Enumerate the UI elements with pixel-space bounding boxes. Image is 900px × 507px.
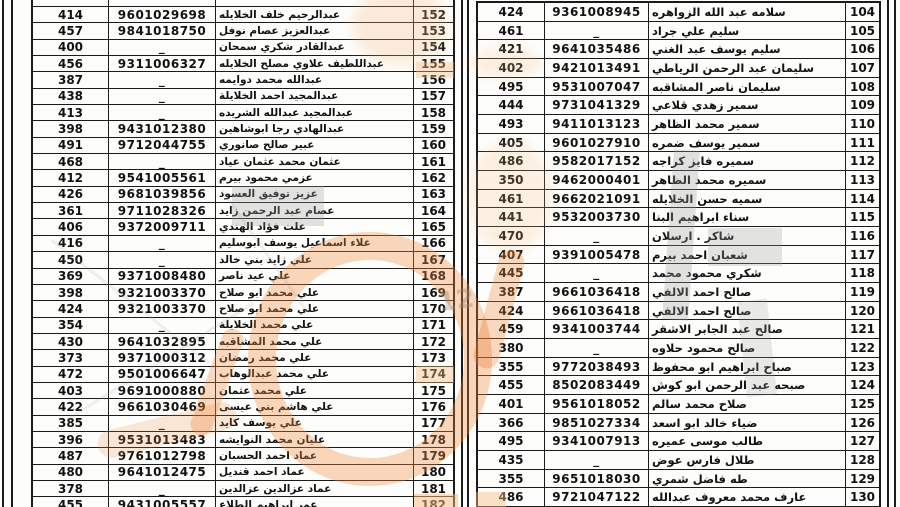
name-cell: صلاح محمد سالم	[648, 395, 845, 413]
name-cell: علي محمد الخلايلة	[215, 318, 413, 333]
national-id-cell: 9371008480	[108, 269, 215, 284]
score-cell: 406	[33, 219, 108, 234]
score-cell: 387	[33, 72, 108, 87]
results-page: 4149601029698عبدالرحيم خلف الخلايله15245…	[0, 0, 900, 507]
name-cell: علي يوسف كايد	[215, 416, 413, 431]
national-id-cell: _	[108, 154, 215, 169]
table-row: 4919712044755عبير صالح صانوري160	[33, 138, 453, 154]
serial-number-cell: 115	[845, 208, 879, 226]
serial-number-cell: 126	[845, 414, 879, 432]
national-id-cell: 9531013483	[108, 432, 215, 447]
name-cell: سليمان ناصر المشاقبه	[648, 78, 845, 96]
table-row: 4729501006647علي محمد عبدالوهاب174	[33, 367, 453, 383]
score-cell: 396	[33, 432, 108, 447]
serial-number-cell: 104	[845, 3, 879, 21]
name-cell: سناء ابراهيم البنا	[648, 208, 845, 226]
name-cell: عثمان محمد عثمان عياد	[215, 154, 413, 169]
score-cell: 493	[478, 115, 544, 133]
national-id-cell: 9501006647	[108, 367, 215, 382]
table-row	[33, 0, 453, 7]
score-cell: 361	[33, 203, 108, 218]
name-cell: شعبان احمد بيرم	[648, 246, 845, 264]
table-row: 4269681039856عزيز توفيق العسود163	[33, 187, 453, 203]
serial-number-cell: 129	[845, 470, 879, 488]
table-row: 4249661036418صالح احمد الالفي120	[478, 302, 879, 321]
name-cell: علي محمد ابو صلاح	[215, 285, 413, 300]
name-cell: علي محمد رمضان	[215, 350, 413, 365]
score-cell: 412	[33, 170, 108, 185]
score-cell: 369	[33, 269, 108, 284]
national-id-cell: 9851027334	[544, 414, 648, 432]
serial-number-cell: 106	[845, 40, 879, 58]
serial-number-cell: 173	[413, 350, 453, 365]
page-edge-line	[887, 0, 889, 507]
table-row: 4149601029698عبدالرحيم خلف الخلايله152	[33, 7, 453, 23]
national-id-cell: 9661036418	[544, 283, 648, 301]
table-row: 4559431005557عمر ابراهيم الطلاع182	[33, 497, 453, 507]
national-id-cell: 9582017152	[544, 152, 648, 170]
national-id-cell: 9761012798	[108, 448, 215, 463]
serial-number-cell: 159	[413, 121, 453, 136]
serial-number-cell: 119	[845, 283, 879, 301]
serial-number-cell: 110	[845, 115, 879, 133]
national-id-cell: _	[108, 105, 215, 120]
national-id-cell: 9561018052	[544, 395, 648, 413]
name-cell: سليم يوسف عبد الغني	[648, 40, 845, 58]
national-id-cell: 9541005561	[108, 170, 215, 185]
score-cell: 456	[33, 56, 108, 71]
name-cell: علي محمد المشاقبه	[215, 334, 413, 349]
national-id-cell: _	[544, 22, 648, 40]
national-id-cell: 9531007047	[544, 78, 648, 96]
score-cell: 398	[33, 285, 108, 300]
table-row: 3989431012380عبدالهادي رجا ابوشاهين159	[33, 121, 453, 137]
table-row: 4309641032895علي محمد المشاقبه172	[33, 334, 453, 350]
table-row: 416_علاء اسماعيل يوسف ابوسليم166	[33, 236, 453, 252]
national-id-cell: 9361008945	[544, 3, 648, 21]
national-id-cell: 9641012475	[108, 465, 215, 480]
national-id-cell: _	[544, 227, 648, 245]
score-cell: 421	[478, 40, 544, 58]
name-cell: عبدالمجيد احمد الخلايلة	[215, 89, 413, 104]
score-cell: 355	[478, 358, 544, 376]
serial-number-cell: 121	[845, 320, 879, 338]
serial-number-cell: 168	[413, 269, 453, 284]
serial-number-cell: 153	[413, 23, 453, 38]
serial-number-cell: 155	[413, 56, 453, 71]
serial-number-cell: 130	[845, 488, 879, 506]
national-id-cell: 9661030469	[108, 399, 215, 414]
score-cell: 486	[478, 488, 544, 506]
score-cell: 459	[478, 320, 544, 338]
table-row: 4029421013491سليمان عبد الرحمن الرياطي10…	[478, 59, 879, 78]
national-id-cell: 9371000312	[108, 350, 215, 365]
name-cell: عماد احمد الحسبان	[215, 448, 413, 463]
name-cell: صالح محمود حلاوه	[648, 339, 845, 357]
score-cell: 413	[33, 105, 108, 120]
score-cell: 424	[478, 302, 544, 320]
national-id-cell: 9681039856	[108, 187, 215, 202]
serial-number-cell: 169	[413, 285, 453, 300]
national-id-cell: _	[108, 89, 215, 104]
score-cell: 426	[33, 187, 108, 202]
score-cell: 480	[33, 465, 108, 480]
serial-number-cell: 158	[413, 105, 453, 120]
serial-number-cell: 182	[413, 497, 453, 507]
score-cell: 416	[33, 236, 108, 251]
score-cell: 468	[33, 154, 108, 169]
table-row: 4019561018052صلاح محمد سالم125	[478, 395, 879, 414]
serial-number-cell: 161	[413, 154, 453, 169]
national-id-cell: 9601027910	[544, 134, 648, 152]
national-id-cell: 9321003370	[108, 301, 215, 316]
table-row: 3879661036418صالح احمد الالفي119	[478, 283, 879, 302]
score-cell: 495	[478, 432, 544, 450]
table-row: 4809641012475عماد احمد قنديل180	[33, 465, 453, 481]
name-cell: صالح احمد الالفي	[648, 283, 845, 301]
name-cell: سمير يوسف ضمره	[648, 134, 845, 152]
serial-number-cell: 162	[413, 170, 453, 185]
score-cell: 461	[478, 190, 544, 208]
name-cell: سلامه عبد الله الزواهره	[648, 3, 845, 21]
table-row: 4219641035486سليم يوسف عبد الغني106	[478, 40, 879, 59]
name-cell: علي محمد ابو صلاح	[215, 301, 413, 316]
name-cell: عماد احمد قنديل	[215, 465, 413, 480]
name-cell: عبداللطيف علاوي مصلح الخلايله	[215, 56, 413, 71]
name-cell: عبدالعزيز عصام نوفل	[215, 23, 413, 38]
national-id-cell: 9431012380	[108, 121, 215, 136]
table-row: 470_شاكر . ارسلان116	[478, 227, 879, 246]
name-cell: شكري محمود محمد	[648, 264, 845, 282]
name-cell: علي عيد ناصر	[215, 269, 413, 284]
serial-number-cell: 181	[413, 481, 453, 496]
score-cell: 414	[33, 7, 108, 22]
serial-number-cell: 176	[413, 399, 453, 414]
serial-number-cell: 160	[413, 138, 453, 153]
score-cell: 424	[33, 301, 108, 316]
name-cell: صالح عبد الجابر الاشقر	[648, 320, 845, 338]
serial-number-cell: 165	[413, 219, 453, 234]
name-cell: عليان محمد النوايشه	[215, 432, 413, 447]
score-cell: 403	[33, 383, 108, 398]
table-row: 413_عبدالمجيد عبدالله الشريده158	[33, 105, 453, 121]
name-cell: عزمي محمود بيرم	[215, 170, 413, 185]
serial-number-cell: 122	[845, 339, 879, 357]
table-row: 4249361008945سلامه عبد الله الزواهره104	[478, 3, 879, 22]
serial-number-cell: 172	[413, 334, 453, 349]
table-row: 400_عبدالقادر شكري سمحان154	[33, 40, 453, 56]
score-cell: 472	[33, 367, 108, 382]
score-cell: 424	[478, 3, 544, 21]
national-id-cell: _	[544, 339, 648, 357]
serial-number-cell: 170	[413, 301, 453, 316]
table-row: 3669851027334ضياء خالد ابو اسعد126	[478, 414, 879, 433]
national-id-cell: _	[544, 264, 648, 282]
score-cell: 495	[478, 78, 544, 96]
serial-number-cell: 108	[845, 78, 879, 96]
national-id-cell: 8502083449	[544, 376, 648, 394]
serial-number-cell: 113	[845, 171, 879, 189]
serial-number-cell: 174	[413, 367, 453, 382]
name-cell: سميره فايز كراجه	[648, 152, 845, 170]
name-cell: طه فاضل شمري	[648, 470, 845, 488]
score-cell: 402	[478, 59, 544, 77]
serial-number-cell: 152	[413, 7, 453, 22]
table-row: 378_عماد عزالدين عزالدين181	[33, 481, 453, 497]
name-cell: علي محمد عثمان	[215, 383, 413, 398]
name-cell: عبدالمجيد عبدالله الشريده	[215, 105, 413, 120]
national-id-cell: 9311006327	[108, 56, 215, 71]
serial-number-cell: 117	[845, 246, 879, 264]
name-cell: شاكر . ارسلان	[648, 227, 845, 245]
name-cell: طلال فارس عوض	[648, 451, 845, 469]
score-cell: 385	[33, 416, 108, 431]
table-row: 4249321003370علي محمد ابو صلاح170	[33, 301, 453, 317]
name-cell: ضياء خالد ابو اسعد	[648, 414, 845, 432]
serial-number-cell: 175	[413, 383, 453, 398]
serial-number-cell: 163	[413, 187, 453, 202]
name-cell: صباح ابراهيم ابو محفوظ	[648, 358, 845, 376]
table-row: 461_سليم علي جراد105	[478, 22, 879, 41]
name-cell: عبدالرحيم خلف الخلايله	[215, 7, 413, 22]
name-cell: طالب موسى عميره	[648, 432, 845, 450]
national-id-cell: 9641032895	[108, 334, 215, 349]
table-row: 4059601027910سمير يوسف ضمره111	[478, 134, 879, 153]
serial-number-cell: 109	[845, 96, 879, 114]
national-id-cell: 9841018750	[108, 23, 215, 38]
national-id-cell: 9712044755	[108, 138, 215, 153]
table-row: 4449731041329سمير زهدي قلاعي109	[478, 96, 879, 115]
table-row: 3559772038493صباح ابراهيم ابو محفوظ123	[478, 358, 879, 377]
table-row: 4039691000880علي محمد عثمان175	[33, 383, 453, 399]
table-row: 3699371008480علي عيد ناصر168	[33, 269, 453, 285]
serial-number-cell: 156	[413, 72, 453, 87]
name-cell: عزيز توفيق العسود	[215, 187, 413, 202]
national-id-cell: 9321003370	[108, 285, 215, 300]
name-cell: صبحه عبد الرحمن ابو كوش	[648, 376, 845, 394]
national-id-cell: 9721047122	[544, 488, 648, 506]
national-id-cell: 9641035486	[544, 40, 648, 58]
table-row: 4129541005561عزمي محمود بيرم162	[33, 170, 453, 186]
serial-number-cell: 123	[845, 358, 879, 376]
name-cell: سمير محمد الظاهر	[648, 115, 845, 133]
table-row: 4599341003744صالح عبد الجابر الاشقر121	[478, 320, 879, 339]
results-table-left: 4149601029698عبدالرحيم خلف الخلايله15245…	[31, 0, 455, 507]
score-cell: 407	[478, 246, 544, 264]
serial-number-cell: 128	[845, 451, 879, 469]
serial-number-cell: 157	[413, 89, 453, 104]
national-id-cell: 9661036418	[544, 302, 648, 320]
national-id-cell: _	[108, 481, 215, 496]
serial-number-cell: 124	[845, 376, 879, 394]
national-id-cell: _	[108, 40, 215, 55]
name-cell: صالح احمد الالفي	[648, 302, 845, 320]
table-row: 3989321003370علي محمد ابو صلاح169	[33, 285, 453, 301]
score-cell: 457	[33, 23, 108, 38]
page-edge-line	[2, 0, 4, 507]
score-cell: 378	[33, 481, 108, 496]
name-cell: علاء اسماعيل يوسف ابوسليم	[215, 236, 413, 251]
page-edge-line	[11, 0, 13, 507]
name-cell	[215, 0, 413, 6]
table-row: 4229661030469علي هاشم بني عيسى176	[33, 399, 453, 415]
table-row: 4579841018750عبدالعزيز عصام نوفل153	[33, 23, 453, 39]
score-cell: 491	[33, 138, 108, 153]
national-id-cell: 9431005557	[108, 497, 215, 507]
table-row: 4419532003730سناء ابراهيم البنا115	[478, 208, 879, 227]
table-row: 4869582017152سميره فايز كراجه112	[478, 152, 879, 171]
national-id-cell: 9601029698	[108, 7, 215, 22]
serial-number-cell: 171	[413, 318, 453, 333]
national-id-cell	[108, 0, 215, 6]
name-cell: عبدالهادي رجا ابوشاهين	[215, 121, 413, 136]
serial-number-cell: 167	[413, 252, 453, 267]
score-cell: 355	[478, 470, 544, 488]
serial-number-cell: 164	[413, 203, 453, 218]
national-id-cell: 9532003730	[544, 208, 648, 226]
score-cell: 405	[478, 134, 544, 152]
score-cell: 445	[478, 264, 544, 282]
table-row: 3739371000312علي محمد رمضان173	[33, 350, 453, 366]
score-cell: 387	[478, 283, 544, 301]
table-row: 4959341007913طالب موسى عميره127	[478, 432, 879, 451]
score-cell: 366	[478, 414, 544, 432]
table-row: 468_عثمان محمد عثمان عياد161	[33, 154, 453, 170]
national-id-cell: _	[108, 252, 215, 267]
score-cell: 400	[33, 40, 108, 55]
page-edge-line	[894, 0, 896, 507]
table-divider-line	[461, 0, 463, 507]
score-cell: 486	[478, 152, 544, 170]
national-id-cell: 9651018030	[544, 470, 648, 488]
national-id-cell: 9731041329	[544, 96, 648, 114]
table-row: 4558502083449صبحه عبد الرحمن ابو كوش124	[478, 376, 879, 395]
score-cell: 401	[478, 395, 544, 413]
national-id-cell: 9462000401	[544, 171, 648, 189]
score-cell: 380	[478, 339, 544, 357]
serial-number-cell: 178	[413, 432, 453, 447]
score-cell: 470	[478, 227, 544, 245]
serial-number-cell: 120	[845, 302, 879, 320]
table-row: 354_علي محمد الخلايلة171	[33, 318, 453, 334]
national-id-cell: 9341003744	[544, 320, 648, 338]
table-row: 4079391005478شعبان احمد بيرم117	[478, 246, 879, 265]
name-cell: علي هاشم بني عيسى	[215, 399, 413, 414]
serial-number-cell: 111	[845, 134, 879, 152]
table-row: 435_طلال فارس عوض128	[478, 451, 879, 470]
serial-number-cell: 114	[845, 190, 879, 208]
name-cell: عبدالقادر شكري سمحان	[215, 40, 413, 55]
serial-number-cell: 112	[845, 152, 879, 170]
national-id-cell: 9341007913	[544, 432, 648, 450]
table-row: 3619711028326عصام عبد الرحمن زايد164	[33, 203, 453, 219]
national-id-cell: 9662021091	[544, 190, 648, 208]
serial-number-cell	[413, 0, 453, 6]
serial-number-cell: 180	[413, 465, 453, 480]
name-cell: علي محمد عبدالوهاب	[215, 367, 413, 382]
score-cell: 354	[33, 318, 108, 333]
score-cell: 398	[33, 121, 108, 136]
serial-number-cell: 105	[845, 22, 879, 40]
serial-number-cell: 125	[845, 395, 879, 413]
score-cell: 444	[478, 96, 544, 114]
national-id-cell: 9391005478	[544, 246, 648, 264]
score-cell: 455	[478, 376, 544, 394]
name-cell: عصام عبد الرحمن زايد	[215, 203, 413, 218]
name-cell: عارف محمد معروف عبدالله	[648, 488, 845, 506]
serial-number-cell: 127	[845, 432, 879, 450]
table-row: 438_عبدالمجيد احمد الخلايلة157	[33, 89, 453, 105]
score-cell: 441	[478, 208, 544, 226]
score-cell: 373	[33, 350, 108, 365]
national-id-cell: 9691000880	[108, 383, 215, 398]
national-id-cell: _	[108, 318, 215, 333]
table-row: 385_علي يوسف كايد177	[33, 416, 453, 432]
name-cell: علي زايد بني خالد	[215, 252, 413, 267]
table-row: 4619662021091سميه حسن الخلايله114	[478, 190, 879, 209]
score-cell	[33, 0, 108, 6]
table-row: 387_عبدالله محمد دوايمه156	[33, 72, 453, 88]
serial-number-cell: 154	[413, 40, 453, 55]
table-row: 3509462000401سميره محمد الظاهر113	[478, 171, 879, 190]
table-row: 4569311006327عبداللطيف علاوي مصلح الخلاي…	[33, 56, 453, 72]
table-row: 4869721047122عارف محمد معروف عبدالله130	[478, 488, 879, 507]
table-divider-line	[467, 0, 469, 507]
national-id-cell: _	[108, 236, 215, 251]
national-id-cell: _	[544, 451, 648, 469]
name-cell: سليمان عبد الرحمن الرياطي	[648, 59, 845, 77]
serial-number-cell: 166	[413, 236, 453, 251]
score-cell: 487	[33, 448, 108, 463]
score-cell: 461	[478, 22, 544, 40]
table-row: 3559651018030طه فاضل شمري129	[478, 470, 879, 489]
table-row: 3969531013483عليان محمد النوايشه178	[33, 432, 453, 448]
serial-number-cell: 179	[413, 448, 453, 463]
serial-number-cell: 177	[413, 416, 453, 431]
national-id-cell: 9711028326	[108, 203, 215, 218]
national-id-cell: 9372009711	[108, 219, 215, 234]
name-cell: عمر ابراهيم الطلاع	[215, 497, 413, 507]
table-row: 450_علي زايد بني خالد167	[33, 252, 453, 268]
results-table-right: 4249361008945سلامه عبد الله الزواهره1044…	[476, 1, 881, 507]
name-cell: علت فؤاد الهندي	[215, 219, 413, 234]
score-cell: 455	[33, 497, 108, 507]
score-cell: 430	[33, 334, 108, 349]
name-cell: عبدالله محمد دوايمه	[215, 72, 413, 87]
table-row: 4069372009711علت فؤاد الهندي165	[33, 219, 453, 235]
name-cell: سمير زهدي قلاعي	[648, 96, 845, 114]
score-cell: 422	[33, 399, 108, 414]
score-cell: 350	[478, 171, 544, 189]
national-id-cell: 9772038493	[544, 358, 648, 376]
serial-number-cell: 118	[845, 264, 879, 282]
name-cell: عبير صالح صانوري	[215, 138, 413, 153]
national-id-cell: _	[108, 72, 215, 87]
serial-number-cell: 107	[845, 59, 879, 77]
name-cell: سليم علي جراد	[648, 22, 845, 40]
table-row: 380_صالح محمود حلاوه122	[478, 339, 879, 358]
national-id-cell: _	[108, 416, 215, 431]
score-cell: 435	[478, 451, 544, 469]
name-cell: سميه حسن الخلايله	[648, 190, 845, 208]
score-cell: 438	[33, 89, 108, 104]
serial-number-cell: 116	[845, 227, 879, 245]
name-cell: عماد عزالدين عزالدين	[215, 481, 413, 496]
national-id-cell: 9421013491	[544, 59, 648, 77]
table-row: 445_شكري محمود محمد118	[478, 264, 879, 283]
national-id-cell: 9411013123	[544, 115, 648, 133]
score-cell: 450	[33, 252, 108, 267]
